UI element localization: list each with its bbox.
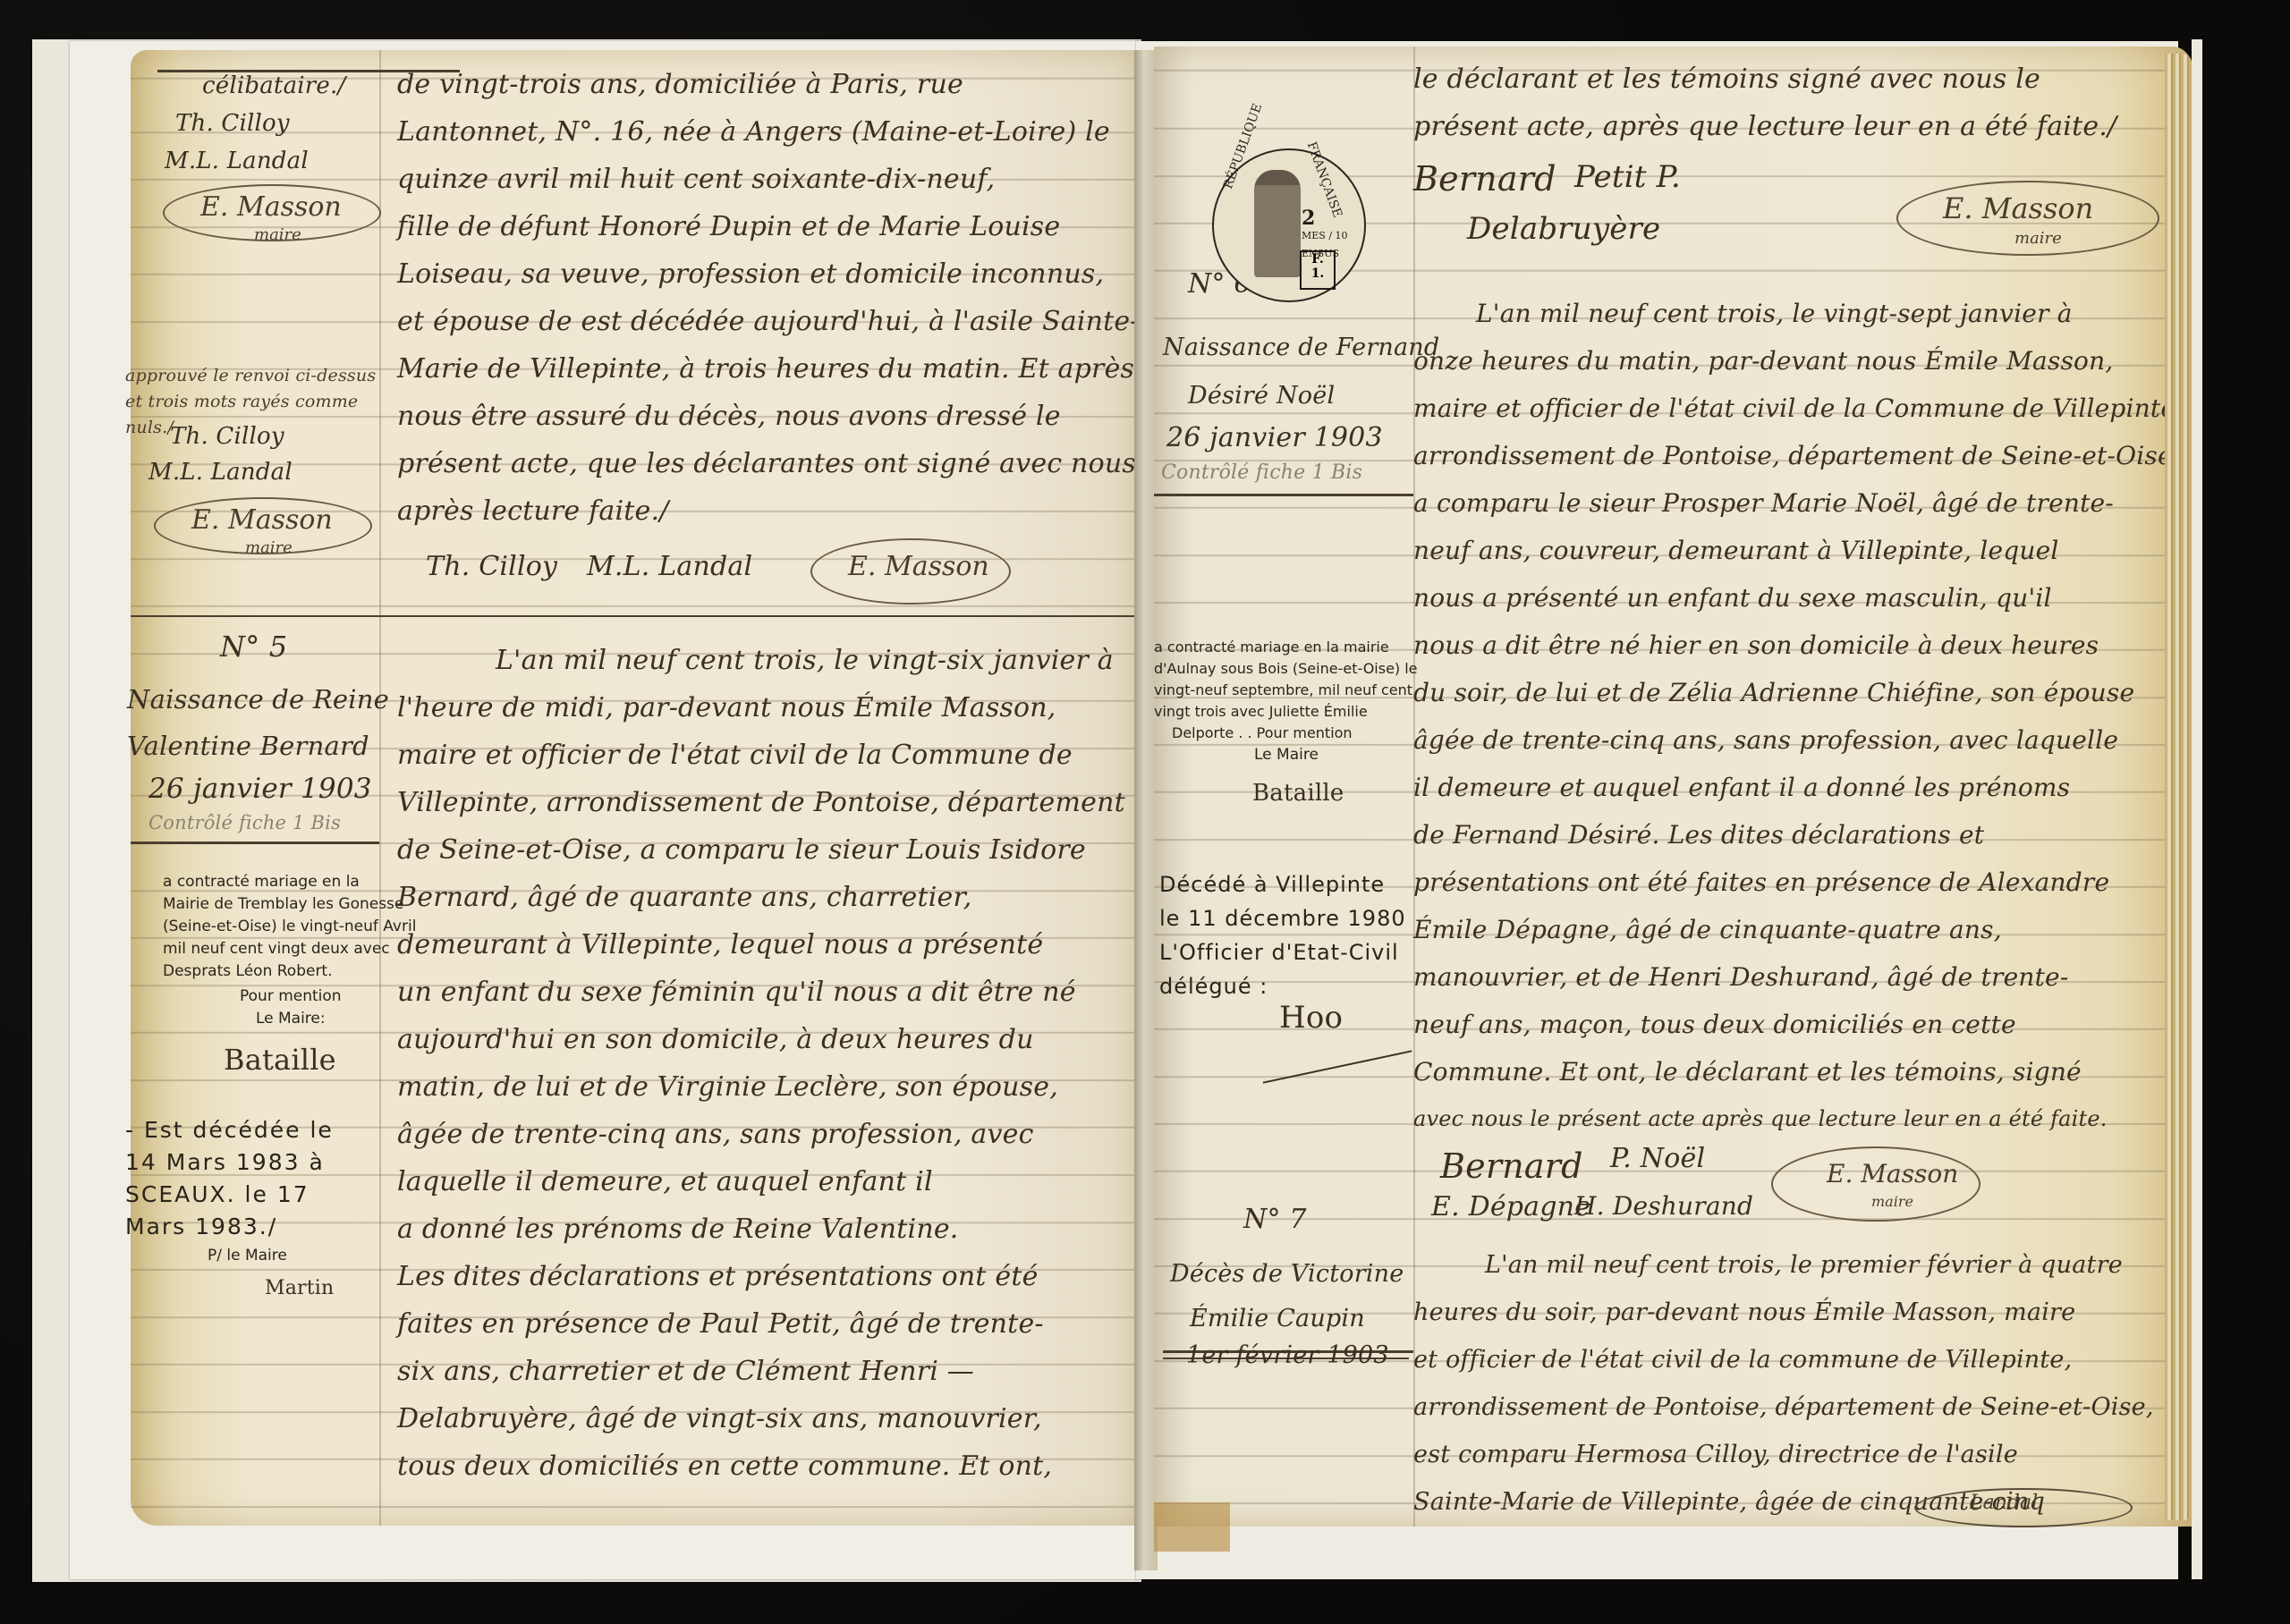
mayor-signature: E. Masson maire	[1771, 1146, 1980, 1222]
witness-signature: M.L. Landal	[148, 454, 293, 490]
entry-title: Naissance de Fernand Désiré Noël	[1163, 324, 1439, 420]
mayor-signature: E. Masson maire	[1896, 181, 2159, 256]
binding-tape	[1154, 1502, 1230, 1552]
entry-6-text: L'an mil neuf cent trois, le vingt-sept …	[1413, 290, 2181, 1143]
mayor-signature: Bataille	[1252, 780, 1344, 807]
witness-signature: Th. Cilloy	[426, 551, 557, 582]
marianne-justice-figure-icon	[1254, 170, 1301, 277]
entry-date: 26 janvier 1903	[1166, 422, 1383, 453]
witness-signature: H. Deshurand	[1574, 1191, 1753, 1221]
witness-signature: M.L. Landal	[165, 143, 309, 179]
republique-francaise-fiscal-stamp: RÉPUBLIQUE FRANÇAISE 2 MES / 10 ENSUS F.…	[1212, 148, 1366, 302]
mayor-signature: E. Masson	[810, 538, 1011, 605]
official-signature: Martin	[265, 1277, 334, 1299]
witness-signature: Bernard	[1413, 159, 1556, 199]
witness-signature: Delabruyère	[1467, 211, 1660, 247]
page-edge-stack	[2165, 54, 2192, 1520]
entry-title: Naissance de Reine Valentine Bernard	[127, 676, 389, 769]
control-note: Contrôlé fiche 1 Bis	[1161, 461, 1362, 484]
witness-signature: Th. Cilloy	[175, 106, 290, 141]
signature-fragment: Landal	[1914, 1488, 2133, 1527]
entry-5-text: L'an mil neuf cent trois, le vingt-six j…	[397, 637, 1125, 1490]
mount-edge-right	[2192, 39, 2202, 1579]
annotation-signoff: Le Maire	[1254, 744, 1319, 766]
witness-signature: Th. Cilloy	[170, 419, 284, 454]
entry-date: 1er février 1903	[1186, 1341, 1389, 1369]
stamp-box: F. 1.	[1300, 250, 1336, 290]
mayor-signature: E. Masson maire	[163, 184, 381, 241]
death-annotation: Décédé à Villepinte le 11 décembre 1980 …	[1159, 867, 1406, 1003]
witness-signature: Petit P.	[1574, 159, 1681, 195]
witness-signature: Bernard	[1440, 1146, 1583, 1186]
signature-flourish	[1263, 1050, 1412, 1083]
entry-title: Décès de Victorine Émilie Caupin	[1170, 1252, 1404, 1341]
entry-7-text: L'an mil neuf cent trois, le premier fév…	[1413, 1241, 2154, 1526]
official-signature: Hoo	[1279, 1000, 1343, 1036]
witness-signature: E. Dépagne	[1431, 1191, 1590, 1222]
body-text: de vingt-trois ans, domiciliée à Paris, …	[397, 61, 1145, 535]
witness-signature: P. Noël	[1610, 1143, 1705, 1174]
register-page-left: célibataire./ Th. Cilloy M.L. Landal E. …	[131, 50, 1140, 1526]
margin-rule	[379, 50, 381, 1526]
entry-number: N° 5	[220, 630, 287, 664]
death-annotation: - Est décédée le 14 Mars 1983 à SCEAUX. …	[125, 1114, 334, 1243]
annotation-signoff: P/ le Maire	[208, 1245, 287, 1267]
entry-number: N° 7	[1243, 1204, 1307, 1235]
annotation-signoff: Pour mention Le Maire:	[240, 985, 342, 1030]
mayor-signature: E. Masson maire	[154, 497, 372, 554]
control-note: Contrôlé fiche 1 Bis	[148, 812, 341, 833]
margin-continuation: célibataire./	[202, 68, 345, 104]
entry-date: 26 janvier 1903	[148, 773, 372, 805]
marriage-annotation: a contracté mariage en la mairie d'Aulna…	[1154, 637, 1418, 744]
witness-signature: M.L. Landal	[587, 551, 752, 582]
body-text: le déclarant et les témoins signé avec n…	[1413, 55, 2116, 150]
mayor-signature: Bataille	[224, 1043, 336, 1077]
marriage-annotation: a contracté mariage en la Mairie de Trem…	[163, 871, 416, 983]
